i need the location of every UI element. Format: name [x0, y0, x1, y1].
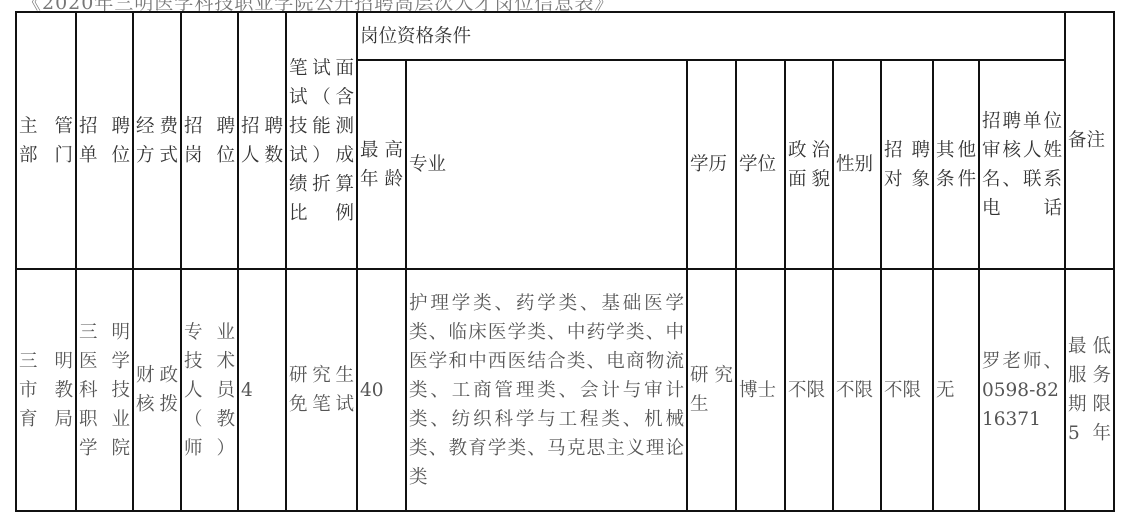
cell-education: 研究生: [687, 269, 736, 511]
cell-recruiting-unit: 三明医学科技职业学院: [76, 269, 133, 511]
cell-headcount: 4: [238, 269, 286, 511]
cell-target: 不限: [881, 269, 933, 511]
cell-competent-department: 三明市教育局: [16, 269, 76, 511]
cell-major: 护理学类、药学类、基础医学类、临床医学类、中药学类、中医学和中西医结合类、电商物…: [406, 269, 687, 511]
header-competent-department: 主管部门: [16, 12, 76, 269]
header-major: 专业: [406, 60, 687, 269]
header-max-age: 最高年龄: [357, 60, 406, 269]
cell-political-status: 不限: [785, 269, 833, 511]
header-remarks: 备注: [1065, 12, 1114, 269]
table-row: 三明市教育局 三明医学科技职业学院 财政核拨 专业技术人员（教师） 4 研究生免…: [16, 269, 1114, 511]
cell-remarks: 最低服务期限5年: [1065, 269, 1114, 511]
header-exam-ratio: 笔试面试（含技能测试）成绩折算比例: [286, 12, 357, 269]
header-education: 学历: [687, 60, 736, 269]
header-qualification-group: 岗位资格条件: [357, 12, 1065, 60]
cell-contact: 罗老师、0598-8216371: [979, 269, 1065, 511]
cell-max-age: 40: [357, 269, 406, 511]
header-gender: 性别: [833, 60, 881, 269]
header-degree: 学位: [736, 60, 785, 269]
header-other-conditions: 其他条件: [933, 60, 979, 269]
header-target: 招聘对象: [881, 60, 933, 269]
recruitment-position-table: 主管部门 招聘单位 经费方式 招聘岗位 招聘人数 笔试面试（含技能测试）成绩折算…: [15, 11, 1115, 512]
header-contact: 招聘单位审核人姓名、联系电话: [979, 60, 1065, 269]
header-headcount: 招聘人数: [238, 12, 286, 269]
cell-funding-method: 财政核拨: [133, 269, 181, 511]
header-political-status: 政治面貌: [785, 60, 833, 269]
header-recruiting-unit: 招聘单位: [76, 12, 133, 269]
cell-position: 专业技术人员（教师）: [181, 269, 238, 511]
cell-gender: 不限: [833, 269, 881, 511]
cell-degree: 博士: [736, 269, 785, 511]
cell-other-conditions: 无: [933, 269, 979, 511]
header-row-1: 主管部门 招聘单位 经费方式 招聘岗位 招聘人数 笔试面试（含技能测试）成绩折算…: [16, 12, 1114, 60]
header-position: 招聘岗位: [181, 12, 238, 269]
header-funding-method: 经费方式: [133, 12, 181, 269]
cell-exam-ratio: 研究生免笔试: [286, 269, 357, 511]
